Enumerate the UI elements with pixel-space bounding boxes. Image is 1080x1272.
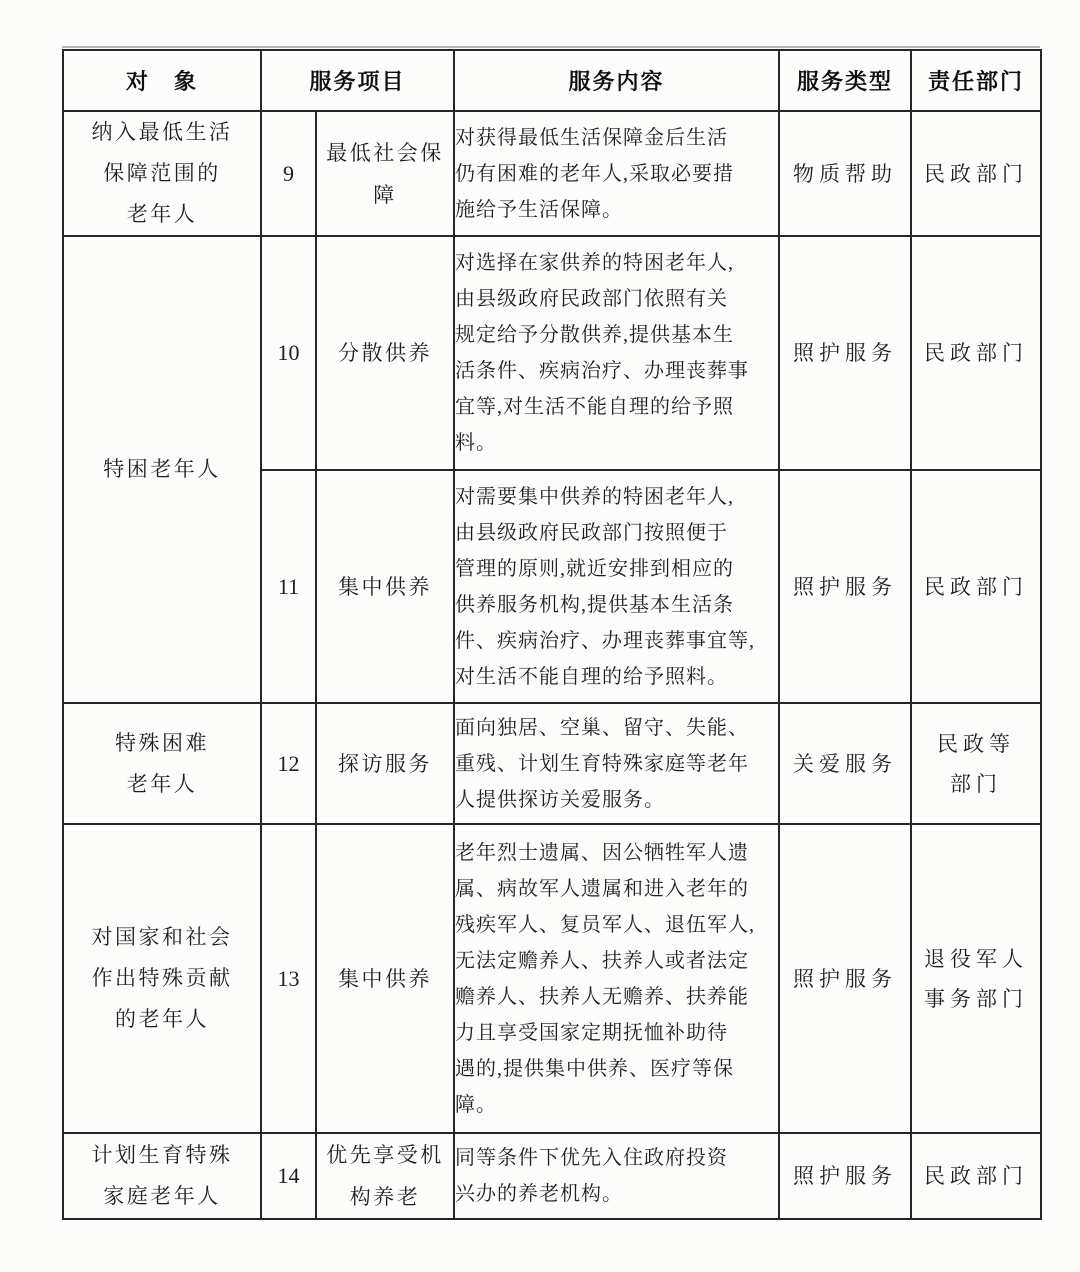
cell-service-item: 探访服务 [316, 703, 454, 824]
cell-service-item: 分散供养 [316, 236, 454, 470]
header-service-content: 服务内容 [454, 50, 779, 111]
header-responsible-dept: 责任部门 [911, 50, 1041, 111]
cell-target: 对国家和社会 作出特殊贡献 的老年人 [63, 824, 261, 1133]
table-row: 特困老年人 10 分散供养 对选择在家供养的特困老年人, 由县级政府民政部门依照… [63, 236, 1041, 470]
header-service-type: 服务类型 [779, 50, 911, 111]
cell-service-type: 照护服务 [779, 470, 911, 703]
cell-responsible-dept: 退役军人 事务部门 [911, 824, 1041, 1133]
cell-service-type: 照护服务 [779, 236, 911, 470]
table-row: 纳入最低生活 保障范围的 老年人 9 最低社会保 障 对获得最低生活保障金后生活… [63, 111, 1041, 236]
cell-target-merged: 特困老年人 [63, 236, 261, 703]
table-row: 特殊困难 老年人 12 探访服务 面向独居、空巢、留守、失能、 重残、计划生育特… [63, 703, 1041, 824]
cell-service-number: 9 [261, 111, 316, 236]
cell-responsible-dept: 民政等 部门 [911, 703, 1041, 824]
cell-responsible-dept: 民政部门 [911, 1133, 1041, 1219]
cell-service-content: 同等条件下优先入住政府投资 兴办的养老机构。 [454, 1133, 779, 1219]
elderly-service-table: 对 象 服务项目 服务内容 服务类型 责任部门 纳入最低生活 保障范围的 老年人… [62, 49, 1042, 1220]
cell-target: 计划生育特殊 家庭老年人 [63, 1133, 261, 1219]
table-row: 计划生育特殊 家庭老年人 14 优先享受机 构养老 同等条件下优先入住政府投资 … [63, 1133, 1041, 1219]
cell-service-item: 优先享受机 构养老 [316, 1133, 454, 1219]
cell-service-number: 11 [261, 470, 316, 703]
table-header-row: 对 象 服务项目 服务内容 服务类型 责任部门 [63, 50, 1041, 111]
table-row: 对国家和社会 作出特殊贡献 的老年人 13 集中供养 老年烈士遗属、因公牺牲军人… [63, 824, 1041, 1133]
cell-service-type: 物质帮助 [779, 111, 911, 236]
cell-service-item: 集中供养 [316, 824, 454, 1133]
cell-responsible-dept: 民政部门 [911, 470, 1041, 703]
cell-responsible-dept: 民政部门 [911, 111, 1041, 236]
cell-service-number: 10 [261, 236, 316, 470]
service-table-container: 对 象 服务项目 服务内容 服务类型 责任部门 纳入最低生活 保障范围的 老年人… [62, 46, 1040, 1220]
cell-service-content: 老年烈士遗属、因公牺牲军人遗 属、病故军人遗属和进入老年的 残疾军人、复员军人、… [454, 824, 779, 1133]
cell-target: 纳入最低生活 保障范围的 老年人 [63, 111, 261, 236]
cell-service-content: 对需要集中供养的特困老年人, 由县级政府民政部门按照便于 管理的原则,就近安排到… [454, 470, 779, 703]
cell-service-number: 12 [261, 703, 316, 824]
cell-service-type: 关爱服务 [779, 703, 911, 824]
cell-service-number: 13 [261, 824, 316, 1133]
header-service-item: 服务项目 [261, 50, 454, 111]
document-page: 对 象 服务项目 服务内容 服务类型 责任部门 纳入最低生活 保障范围的 老年人… [0, 0, 1080, 1272]
cell-service-number: 14 [261, 1133, 316, 1219]
cell-service-type: 照护服务 [779, 1133, 911, 1219]
table-top-rule [62, 46, 1040, 48]
cell-service-content: 对获得最低生活保障金后生活 仍有困难的老年人,采取必要措 施给予生活保障。 [454, 111, 779, 236]
cell-target: 特殊困难 老年人 [63, 703, 261, 824]
cell-responsible-dept: 民政部门 [911, 236, 1041, 470]
header-target: 对 象 [63, 50, 261, 111]
cell-service-item: 集中供养 [316, 470, 454, 703]
cell-service-type: 照护服务 [779, 824, 911, 1133]
cell-service-content: 面向独居、空巢、留守、失能、 重残、计划生育特殊家庭等老年 人提供探访关爱服务。 [454, 703, 779, 824]
cell-service-item: 最低社会保 障 [316, 111, 454, 236]
cell-service-content: 对选择在家供养的特困老年人, 由县级政府民政部门依照有关 规定给予分散供养,提供… [454, 236, 779, 470]
